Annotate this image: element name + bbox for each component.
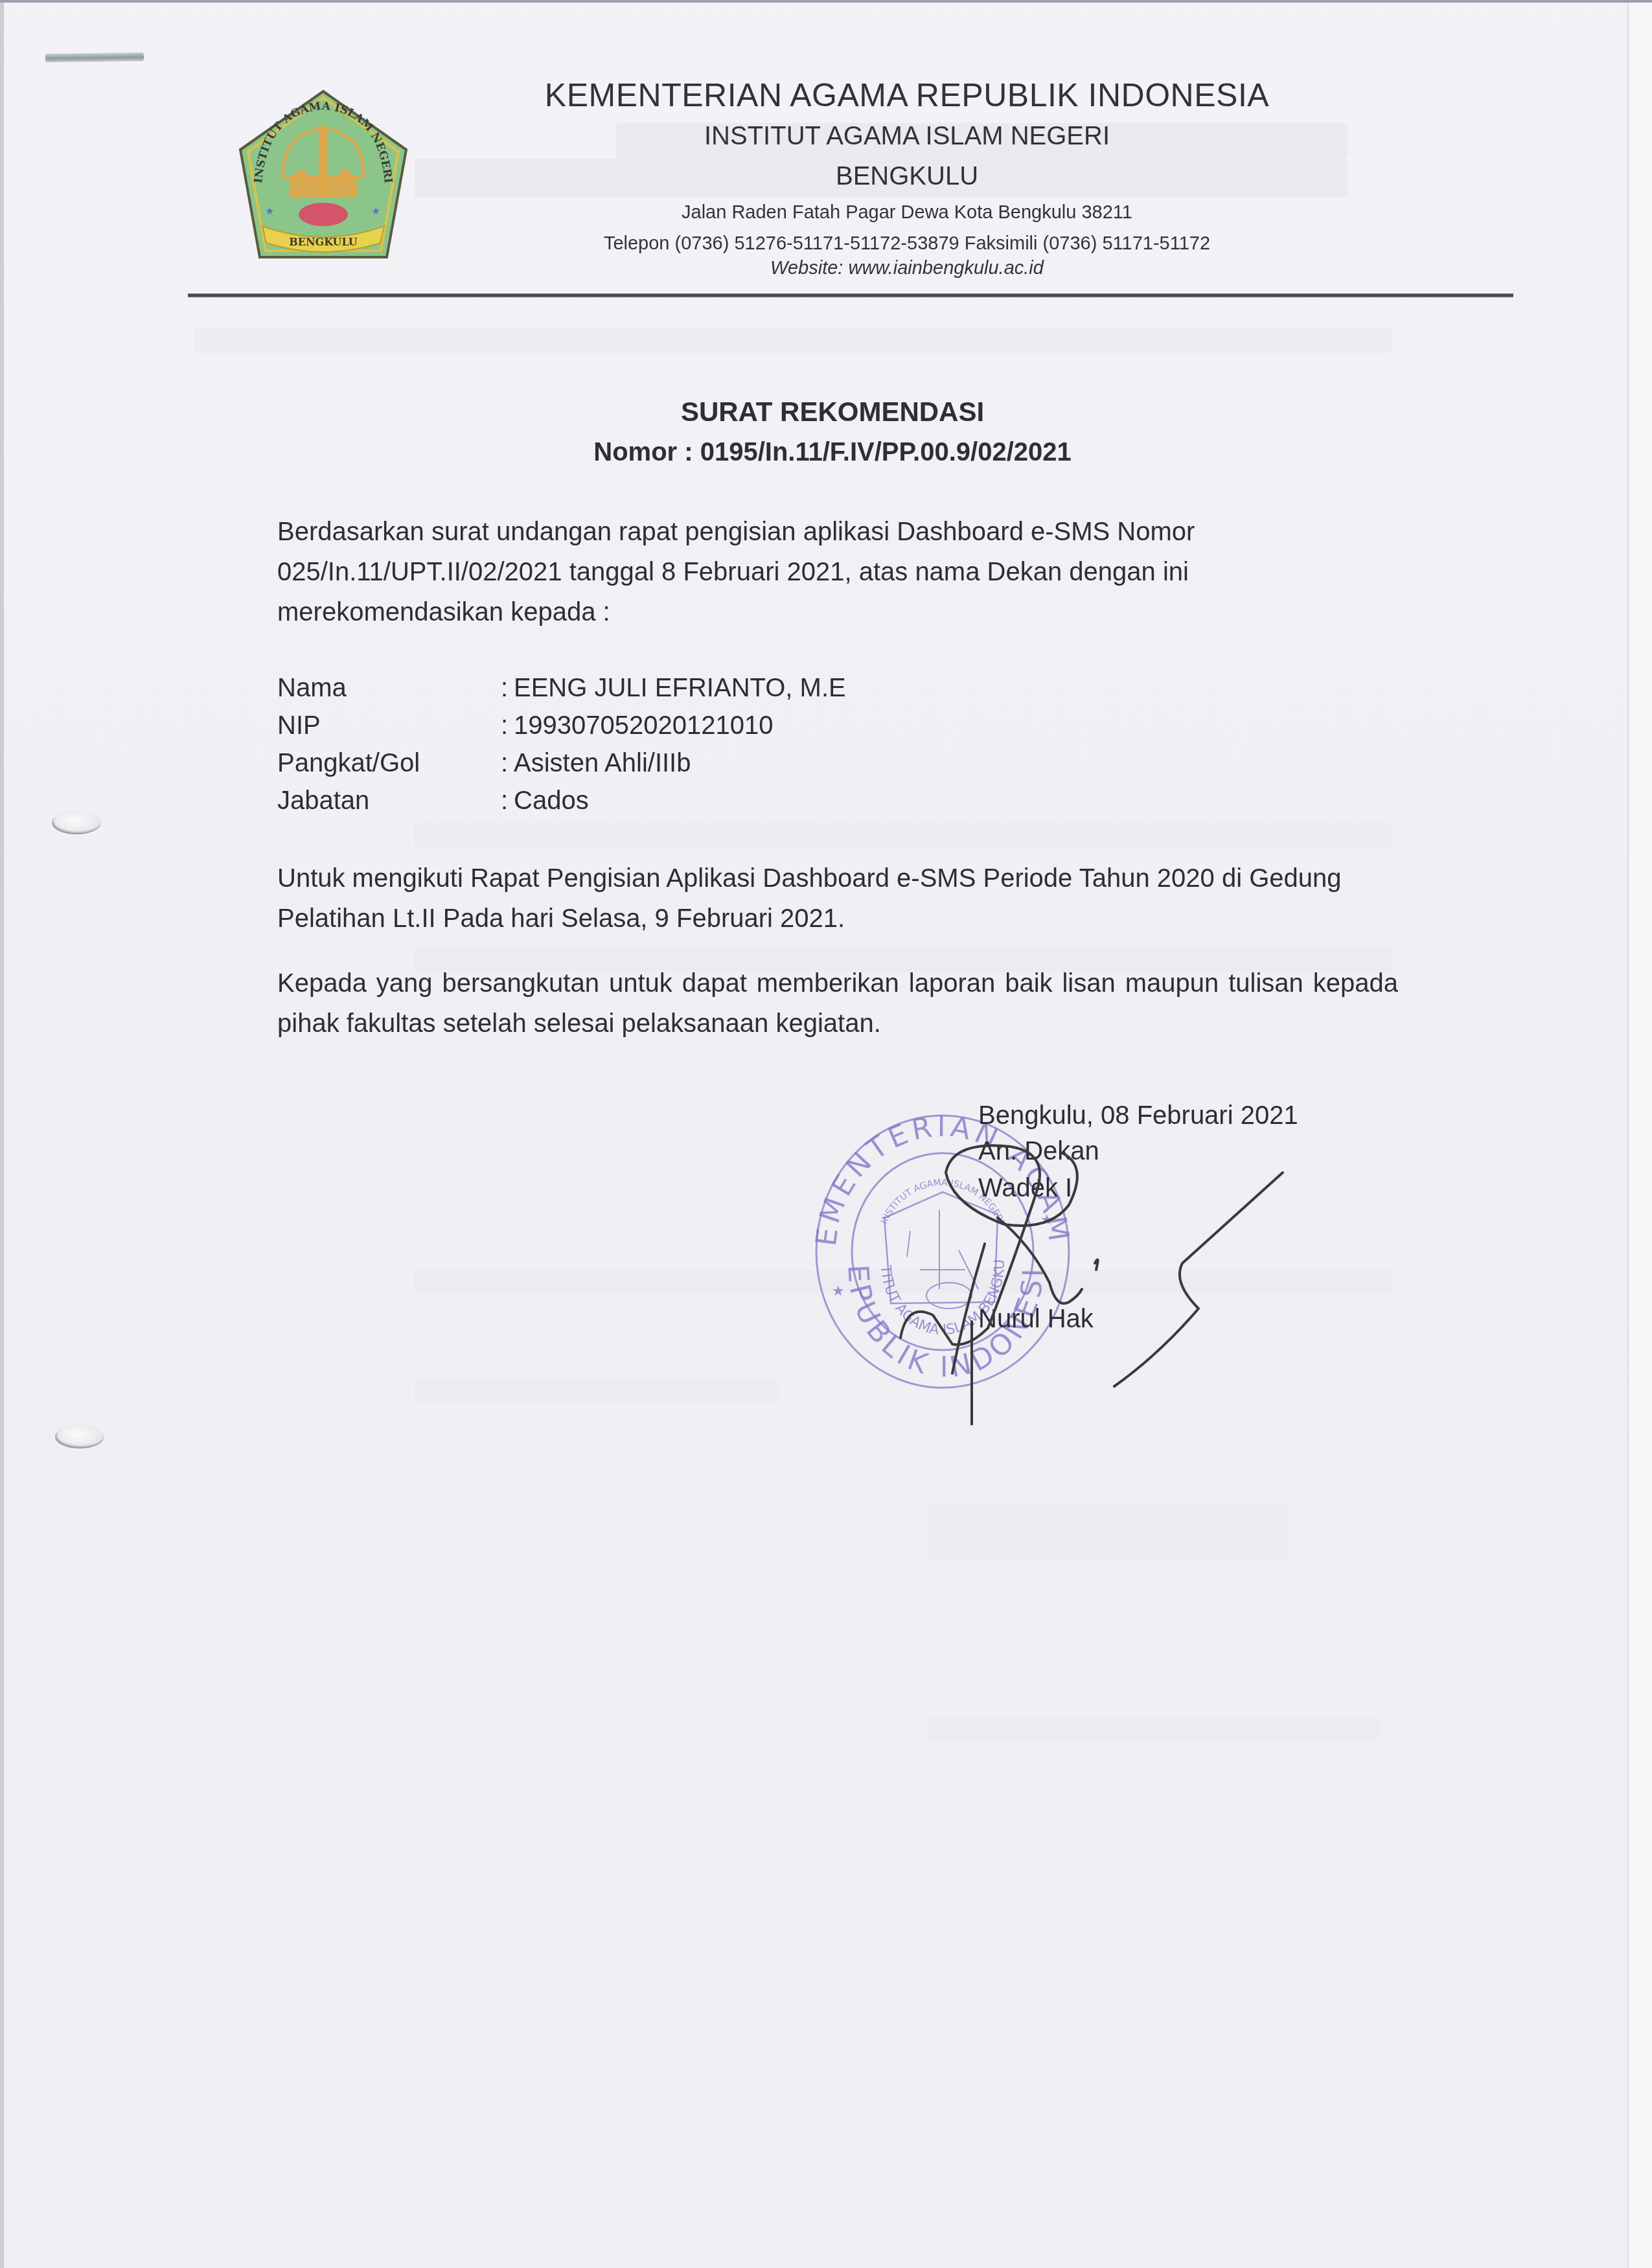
- field-label: Pangkat/Gol: [277, 749, 501, 786]
- field-row-rank: Pangkat/Gol : Asisten Ahli/IIIb: [277, 749, 846, 786]
- field-label: NIP: [277, 711, 501, 749]
- punch-hole-icon: [52, 811, 101, 834]
- letterhead-divider: [188, 293, 1513, 297]
- closing-paragraph: Kepada yang bersangkutan untuk dapat mem…: [277, 963, 1398, 1044]
- field-row-position: Jabatan : Cados: [277, 786, 846, 824]
- letterhead-ministry: KEMENTERIAN AGAMA REPUBLIK INDONESIA: [453, 76, 1360, 114]
- field-row-name: Nama : EENG JULI EFRIANTO, M.E: [277, 674, 846, 711]
- signature-place-date: Bengkulu, 08 Februari 2021: [978, 1101, 1298, 1130]
- letterhead-website: Website: www.iainbengkulu.ac.id: [453, 258, 1360, 279]
- signature-on-behalf: An. Dekan: [978, 1137, 1099, 1166]
- field-label: Jabatan: [277, 786, 501, 824]
- page-left-edge: [0, 0, 4, 2268]
- field-value: EENG JULI EFRIANTO, M.E: [514, 674, 846, 711]
- signatory-name: Nurul Hak: [978, 1305, 1094, 1334]
- letterhead-phone-fax: Telepon (0736) 51276-51171-51172-53879 F…: [453, 233, 1360, 255]
- page-top-edge: [0, 0, 1652, 3]
- intro-paragraph: Berdasarkan surat undangan rapat pengisi…: [277, 512, 1398, 632]
- letterhead-city: BENGKULU: [453, 162, 1360, 191]
- field-value: Asisten Ahli/IIIb: [514, 749, 691, 786]
- field-value: Cados: [514, 786, 589, 824]
- field-separator: :: [501, 786, 514, 824]
- signature-role: Wadek I: [978, 1174, 1072, 1203]
- institution-logo-icon: BENGKULU INSTITUT AGAMA ISLAM NEGERI ★ ★: [236, 87, 410, 268]
- svg-text:★: ★: [265, 206, 274, 217]
- purpose-paragraph: Untuk mengikuti Rapat Pengisian Aplikasi…: [277, 858, 1398, 939]
- document-page: [0, 0, 1627, 2268]
- punch-hole-icon: [55, 1425, 104, 1449]
- letterhead-address: Jalan Raden Fatah Pagar Dewa Kota Bengku…: [453, 202, 1360, 223]
- recipient-details: Nama : EENG JULI EFRIANTO, M.E NIP : 199…: [277, 674, 846, 824]
- field-separator: :: [501, 711, 514, 749]
- field-label: Nama: [277, 674, 501, 711]
- svg-text:★: ★: [371, 206, 380, 217]
- field-separator: :: [501, 674, 514, 711]
- letter-title: SURAT REKOMENDASI: [453, 396, 1211, 428]
- letter-number: Nomor : 0195/In.11/F.IV/PP.00.9/02/2021: [453, 438, 1211, 467]
- field-separator: :: [501, 749, 514, 786]
- field-row-nip: NIP : 199307052020121010: [277, 711, 846, 749]
- staple-icon: [45, 52, 144, 62]
- field-value: 199307052020121010: [514, 711, 773, 749]
- svg-text:BENGKULU: BENGKULU: [289, 236, 358, 248]
- letterhead-institute: INSTITUT AGAMA ISLAM NEGERI: [453, 122, 1360, 151]
- scanner-edge: [1627, 0, 1652, 2268]
